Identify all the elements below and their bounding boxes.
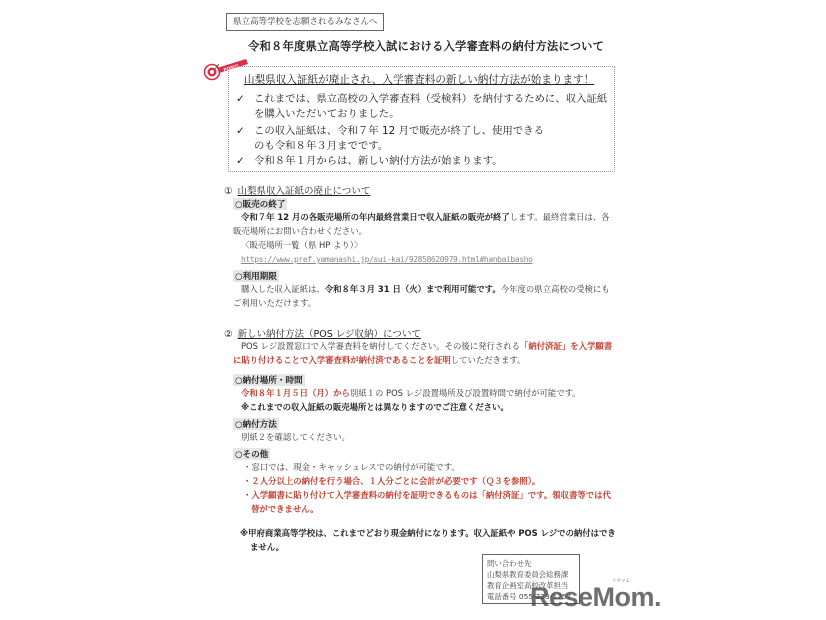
sales-location-list-label: 〈販売場所一覧（県 HP より）〉 — [241, 238, 362, 252]
check-icon: ✓ — [236, 92, 250, 107]
contact-line: 問い合わせ先 — [487, 558, 575, 569]
section-1-title: ①山梨県収入証紙の廃止について — [224, 183, 370, 197]
point-headline: 山梨県収入証紙が廃止され、入学審査料の新しい納付方法が始まります！ — [244, 72, 594, 87]
place-time-note: ※これまでの収入証紙の販売場所とは異なりますのでご注意ください。 — [241, 400, 509, 414]
place-time-paragraph: 令和８年１月５日（月）から別紙１の POS レジ設置場所及び設置時間で納付が可能… — [241, 386, 613, 400]
contact-line: 山梨県教育委員会総務課 — [487, 569, 575, 580]
other-bullet: ・２人分以上の納付を行う場合、１人分ごとに会計が必要です（Ｑ３を参照）。 — [243, 474, 540, 488]
sales-location-link[interactable]: https://www.pref.yamanashi.jp/sui-kai/92… — [241, 255, 532, 264]
check-icon: ✓ — [236, 124, 250, 139]
usage-period-paragraph: 購入した収入証紙は、令和８年３月 31 日（火）まで利用可能です。今年度の県立高… — [233, 282, 613, 310]
other-bullet: ・入学願書に貼り付けて入学審査料の納付を証明できるものは「納付済証」です。領収書… — [243, 488, 611, 516]
place-time-heading: ○納付場所・時間 — [233, 374, 305, 386]
sales-location-link-wrap: https://www.pref.yamanashi.jp/sui-kai/92… — [241, 252, 532, 267]
page-title: 令和８年度県立高等学校入試における入学審査料の納付方法について — [248, 38, 604, 54]
point-list-item: ✓ これまでは、県立高校の入学審査料（受検料）を納付するために、収入証紙を購入い… — [236, 92, 614, 122]
sales-end-heading: ○販売の終了 — [233, 198, 287, 210]
usage-period-heading: ○利用期限 — [233, 270, 279, 282]
point-list-item: ✓ この収入証紙は、令和７年 12 月で販売が終了し、使用できるのも令和８年３月… — [236, 124, 554, 154]
section-2-title: ②新しい納付方法（POS レジ収納）について — [224, 326, 421, 340]
payment-method-text: 別紙２を確認してください。 — [241, 430, 350, 444]
footer-note: ※甲府商業高等学校は、これまでどおり現金納付になります。収入証紙や POS レジ… — [240, 526, 620, 554]
point-badge-icon: POINT! — [202, 58, 250, 82]
payment-method-heading: ○納付方法 — [233, 418, 279, 430]
resemom-watermark: ReseMom. — [530, 582, 661, 613]
sales-end-paragraph: 令和７年 12 月の各販売場所の年内最終営業日で収入証紙の販売が終了します。最終… — [233, 210, 613, 238]
pos-intro-paragraph: POS レジ設置窓口で入学審査料を納付してください。その後に発行される「納付済証… — [233, 339, 613, 367]
other-bullet: ・窓口では、現金・キャッシュレスでの納付が可能です。 — [243, 460, 460, 474]
document-page: 県立高等学校を志願されるみなさんへ 令和８年度県立高等学校入試における入学審査料… — [200, 0, 630, 620]
check-icon: ✓ — [236, 154, 250, 169]
other-heading: ○その他 — [233, 448, 270, 460]
audience-label-box: 県立高等学校を志願されるみなさんへ — [226, 13, 384, 31]
svg-text:POINT!: POINT! — [223, 63, 240, 72]
point-list-item: ✓ 令和８年１月からは、新しい納付方法が始まります。 — [236, 154, 614, 169]
